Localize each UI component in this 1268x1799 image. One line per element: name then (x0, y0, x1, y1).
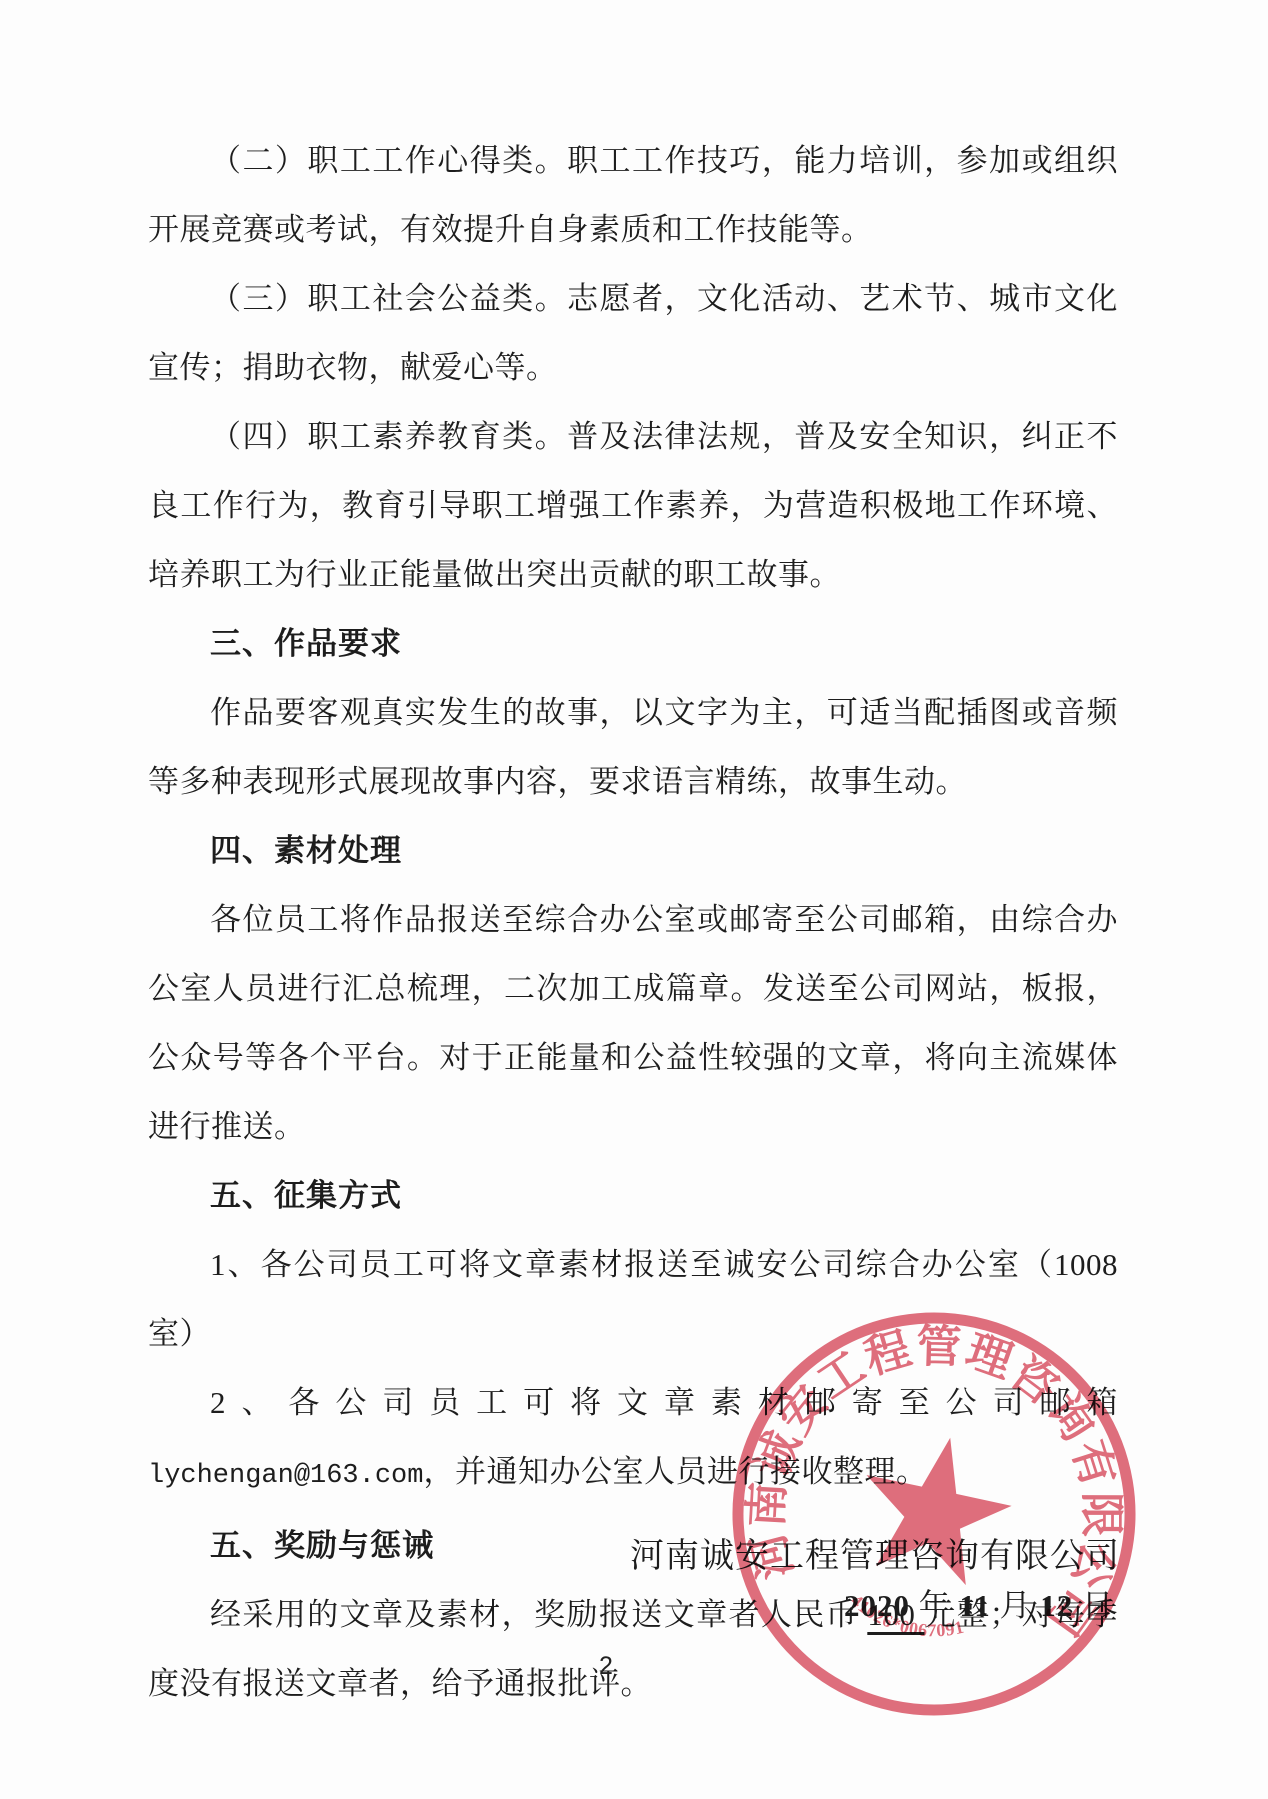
date-part: 月 (991, 1588, 1041, 1623)
body-paragraph: 作品要客观真实发生的故事，以文字为主，可适当配插图或音频等多种表现形式展现故事内… (148, 678, 1118, 816)
text-run: 作品要客观真实发生的故事，以文字为主，可适当配插图或音频等多种表现形式展现故事内… (148, 695, 1118, 799)
text-run: 2、各公司员工可将文章素材邮寄至公司邮箱 (210, 1385, 1118, 1420)
text-run: 四、素材处理 (210, 833, 402, 868)
document-page: （二）职工工作心得类。职工工作技巧，能力培训，参加或组织开展竞赛或考试，有效提升… (0, 0, 1268, 1799)
text-run: （三）职工社会公益类。志愿者，文化活动、艺术节、城市文化宣传；捐助衣物，献爱心等… (148, 281, 1118, 385)
body-paragraph: （二）职工工作心得类。职工工作技巧，能力培训，参加或组织开展竞赛或考试，有效提升… (148, 126, 1118, 264)
text-run: 各位员工将作品报送至综合办公室或邮寄至公司邮箱，由综合办公室人员进行汇总梳理，二… (148, 902, 1118, 1144)
body-paragraph: 2、各公司员工可将文章素材邮寄至公司邮箱 lychengan@163.com，并… (148, 1368, 1118, 1511)
text-run: 三、作品要求 (210, 626, 402, 661)
text-run: 1、各公司员工可将文章素材报送至诚安公司综合办公室（1008 室） (148, 1247, 1118, 1351)
date-part: 12 (1040, 1588, 1073, 1623)
text-run: ，并通知办公室人员进行接收整理。 (423, 1454, 927, 1489)
section-heading: 四、素材处理 (148, 816, 1118, 885)
email-text: lychengan@163.com (148, 1461, 423, 1491)
body-paragraph: 1、各公司员工可将文章素材报送至诚安公司综合办公室（1008 室） (148, 1230, 1118, 1368)
body-paragraph: （三）职工社会公益类。志愿者，文化活动、艺术节、城市文化宣传；捐助衣物，献爱心等… (148, 264, 1118, 402)
section-heading: 五、征集方式 (148, 1161, 1118, 1230)
text-run: （二）职工工作心得类。职工工作技巧，能力培训，参加或组织开展竞赛或考试，有效提升… (148, 143, 1118, 247)
text-run: 五、征集方式 (210, 1178, 402, 1213)
section-heading: 三、作品要求 (148, 609, 1118, 678)
date-part: 日 (1073, 1588, 1114, 1623)
text-run: （四）职工素养教育类。普及法律法规，普及安全知识，纠正不良工作行为，教育引导职工… (148, 419, 1118, 592)
body-paragraph: 各位员工将作品报送至综合办公室或邮寄至公司邮箱，由综合办公室人员进行汇总梳理，二… (148, 885, 1118, 1161)
body-paragraph: （四）职工素养教育类。普及法律法规，普及安全知识，纠正不良工作行为，教育引导职工… (148, 402, 1118, 609)
closing-block: 河南诚安工程管理咨询有限公司 2020 年 11 月 12 日 (148, 1532, 1120, 1630)
signature-company: 河南诚安工程管理咨询有限公司 (148, 1532, 1120, 1582)
date-part: 11 (959, 1588, 990, 1623)
document-body: （二）职工工作心得类。职工工作技巧，能力培训，参加或组织开展竞赛或考试，有效提升… (148, 126, 1118, 1718)
date-line: 2020 年 11 月 12 日 (148, 1582, 1120, 1630)
date-part: 年 (910, 1588, 960, 1623)
date-part: 2020 (844, 1588, 910, 1623)
page-number: 2 (0, 1652, 1212, 1681)
